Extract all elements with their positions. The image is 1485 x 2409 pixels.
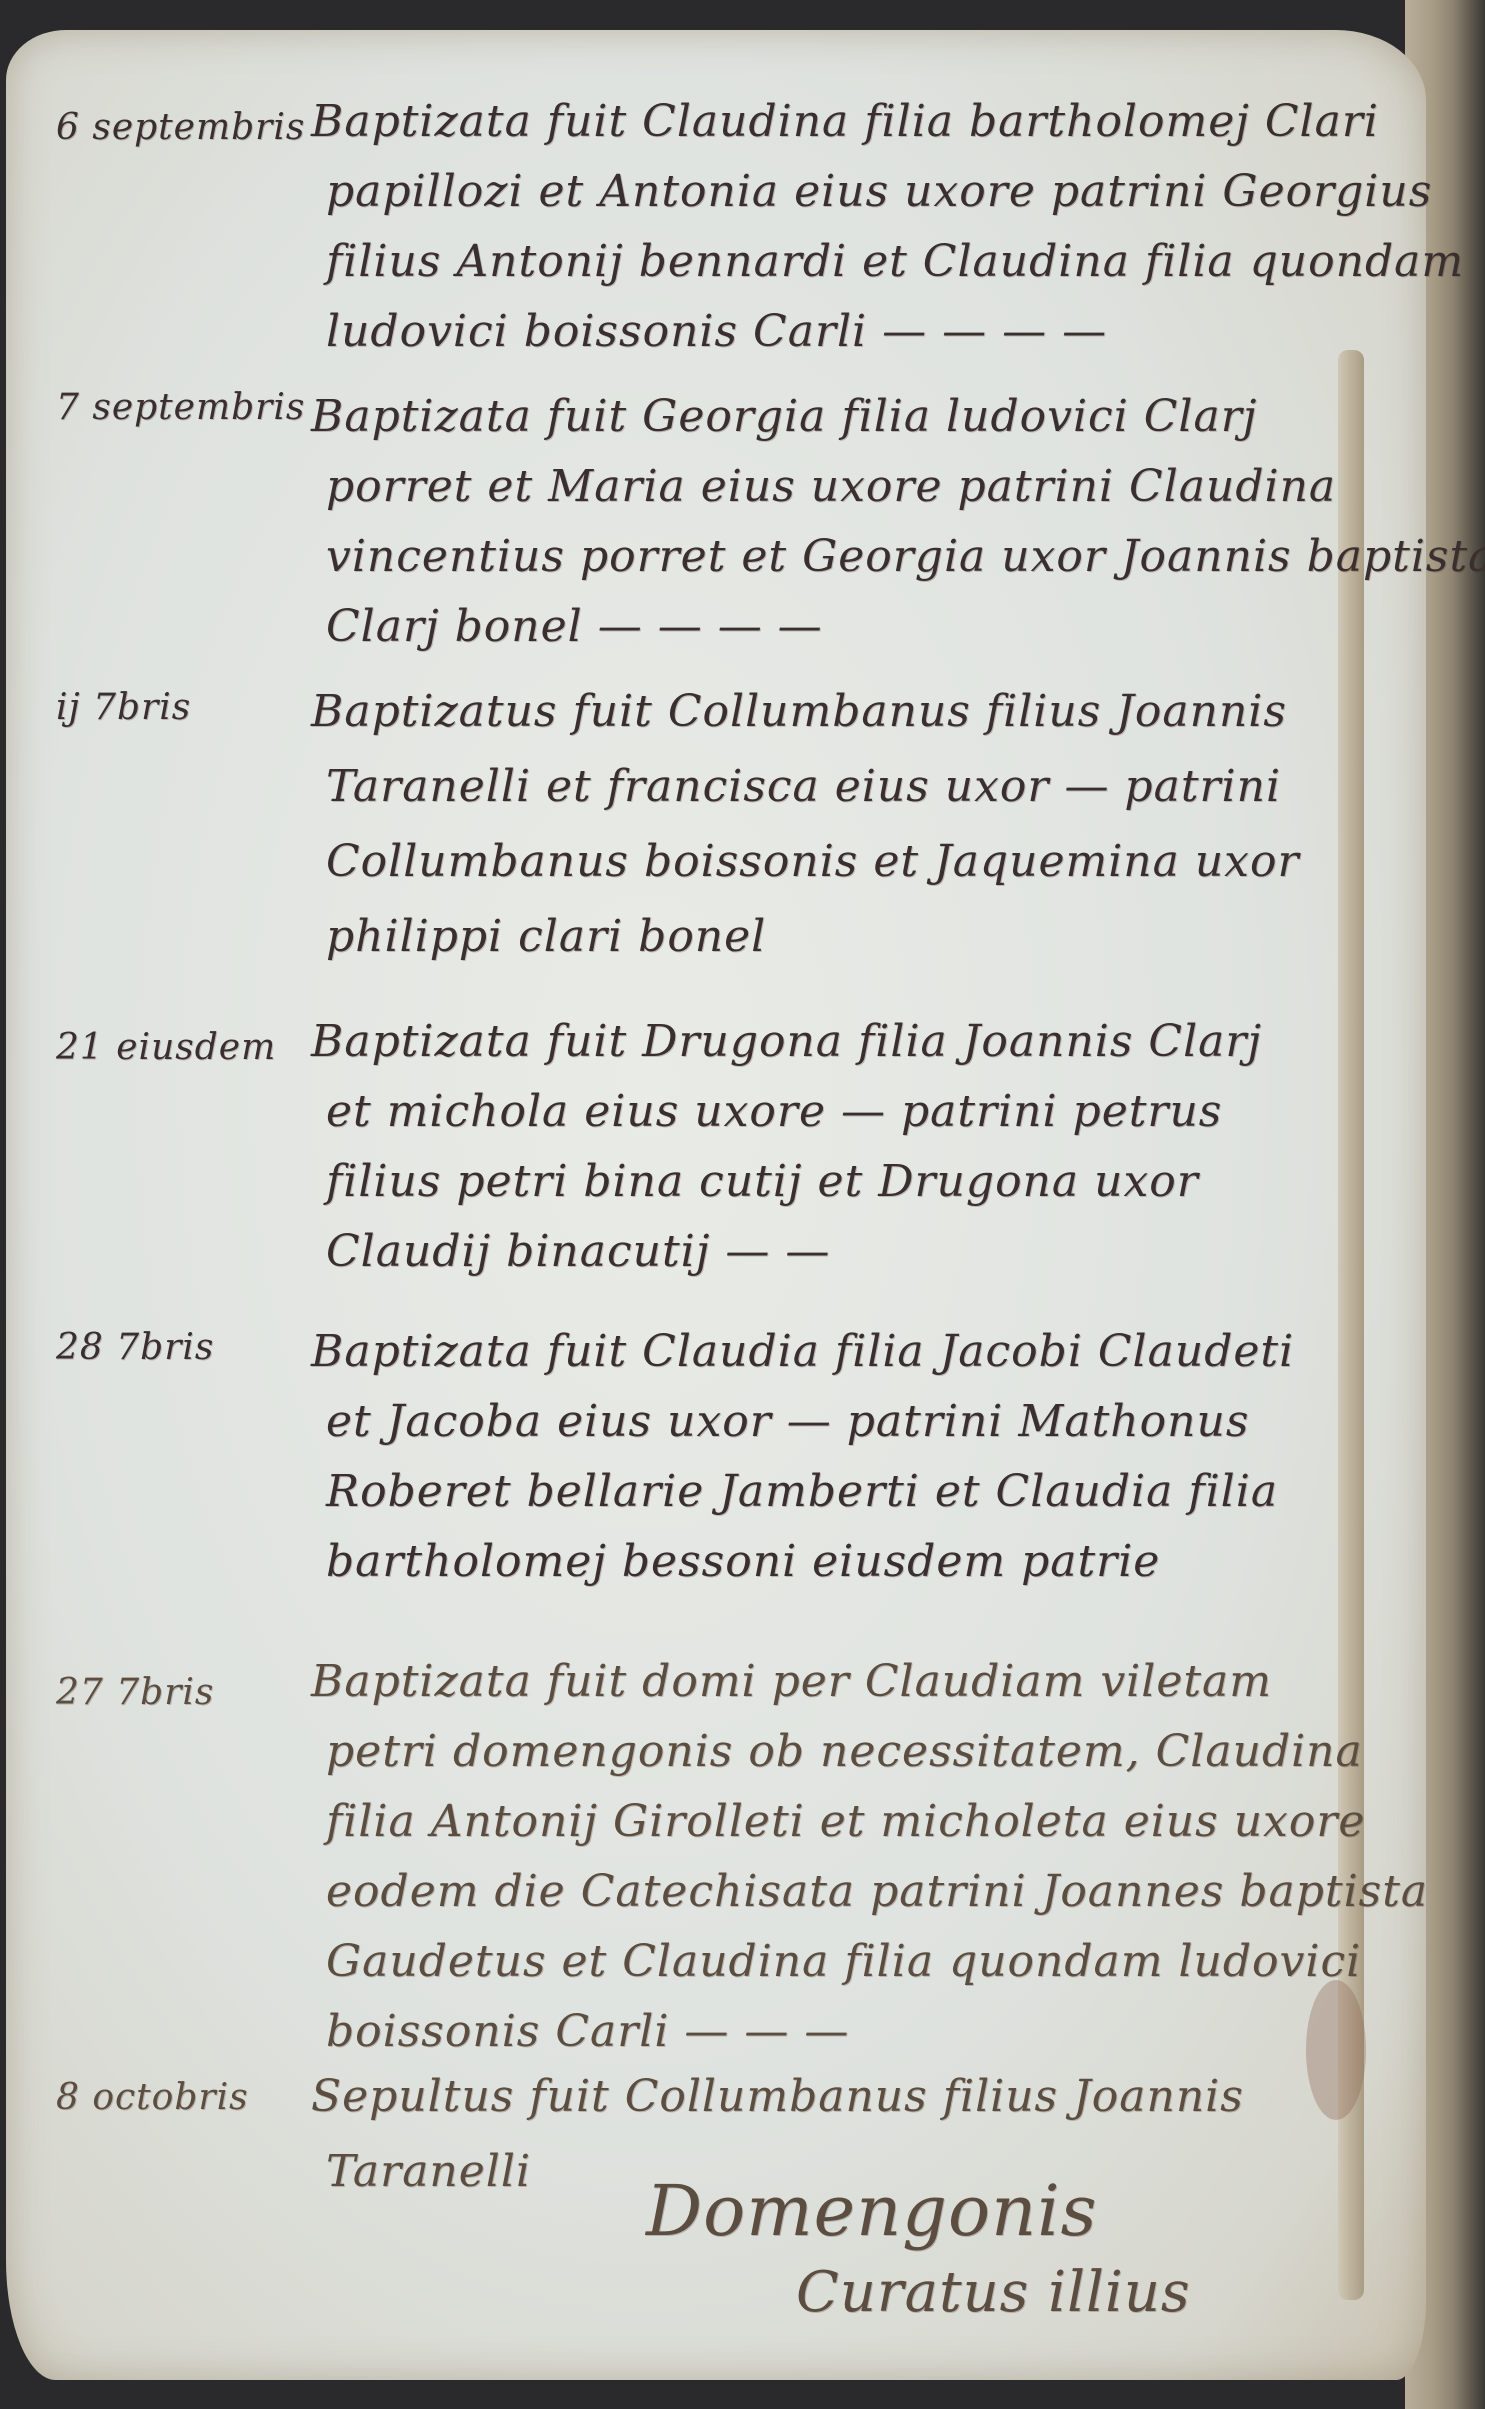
entry-line: Collumbanus boissonis et Jaquemina uxor: [326, 840, 1426, 884]
entry-line: porret et Maria eius uxore patrini Claud…: [326, 465, 1426, 509]
manuscript-page: 6 septembris Baptizata fuit Claudina fil…: [6, 30, 1426, 2380]
signature-name: Domengonis: [646, 2170, 1098, 2252]
entry-line: Roberet bellarie Jamberti et Claudia fil…: [326, 1470, 1426, 1514]
entry-line: filia Antonij Girolleti et micholeta eiu…: [326, 1800, 1426, 1844]
entry-line: vincentius porret et Georgia uxor Joanni…: [326, 535, 1426, 579]
entry-line: Baptizata fuit Georgia filia ludovici Cl…: [311, 395, 1411, 439]
entry-date: 6 septembris: [56, 110, 316, 146]
entry-line: et Jacoba eius uxor — patrini Mathonus: [326, 1400, 1426, 1444]
entry-line: bartholomej bessoni eiusdem patrie: [326, 1540, 1426, 1584]
entry-line: papillozi et Antonia eius uxore patrini …: [326, 170, 1426, 214]
entry-line: boissonis Carli — — —: [326, 2010, 1426, 2054]
entry-date: 21 eiusdem: [56, 1030, 316, 1066]
entry-line: filius Antonij bennardi et Claudina fili…: [326, 240, 1426, 284]
entry-line: Baptizata fuit domi per Claudiam viletam: [311, 1660, 1411, 1704]
entry-line: et michola eius uxore — patrini petrus: [326, 1090, 1426, 1134]
entry-line: ludovici boissonis Carli — — — —: [326, 310, 1426, 354]
entry-date: 28 7bris: [56, 1330, 316, 1366]
entry-line: eodem die Catechisata patrini Joannes ba…: [326, 1870, 1426, 1914]
entry-line: Baptizata fuit Claudia filia Jacobi Clau…: [311, 1330, 1411, 1374]
entry-line: Clarj bonel — — — —: [326, 605, 1426, 649]
entry-line: Gaudetus et Claudina filia quondam ludov…: [326, 1940, 1426, 1984]
entry-line: Claudij binacutij — —: [326, 1230, 1426, 1274]
entry-line: Baptizata fuit Drugona filia Joannis Cla…: [311, 1020, 1411, 1064]
entry-line: Sepultus fuit Collumbanus filius Joannis: [311, 2075, 1411, 2119]
entry-line: petri domengonis ob necessitatem, Claudi…: [326, 1730, 1426, 1774]
entry-date: 27 7bris: [56, 1675, 316, 1711]
entry-line: philippi clari bonel: [326, 915, 1426, 959]
entry-line: Baptizata fuit Claudina filia bartholome…: [311, 100, 1411, 144]
entry-line: filius petri bina cutij et Drugona uxor: [326, 1160, 1426, 1204]
signature-title: Curatus illius: [796, 2260, 1191, 2325]
entry-date: ij 7bris: [56, 690, 316, 726]
entry-date: 7 septembris: [56, 390, 316, 426]
entry-line: Baptizatus fuit Collumbanus filius Joann…: [311, 690, 1411, 734]
entry-date: 8 octobris: [56, 2080, 316, 2116]
entry-line: Taranelli et francisca eius uxor — patri…: [326, 765, 1426, 809]
